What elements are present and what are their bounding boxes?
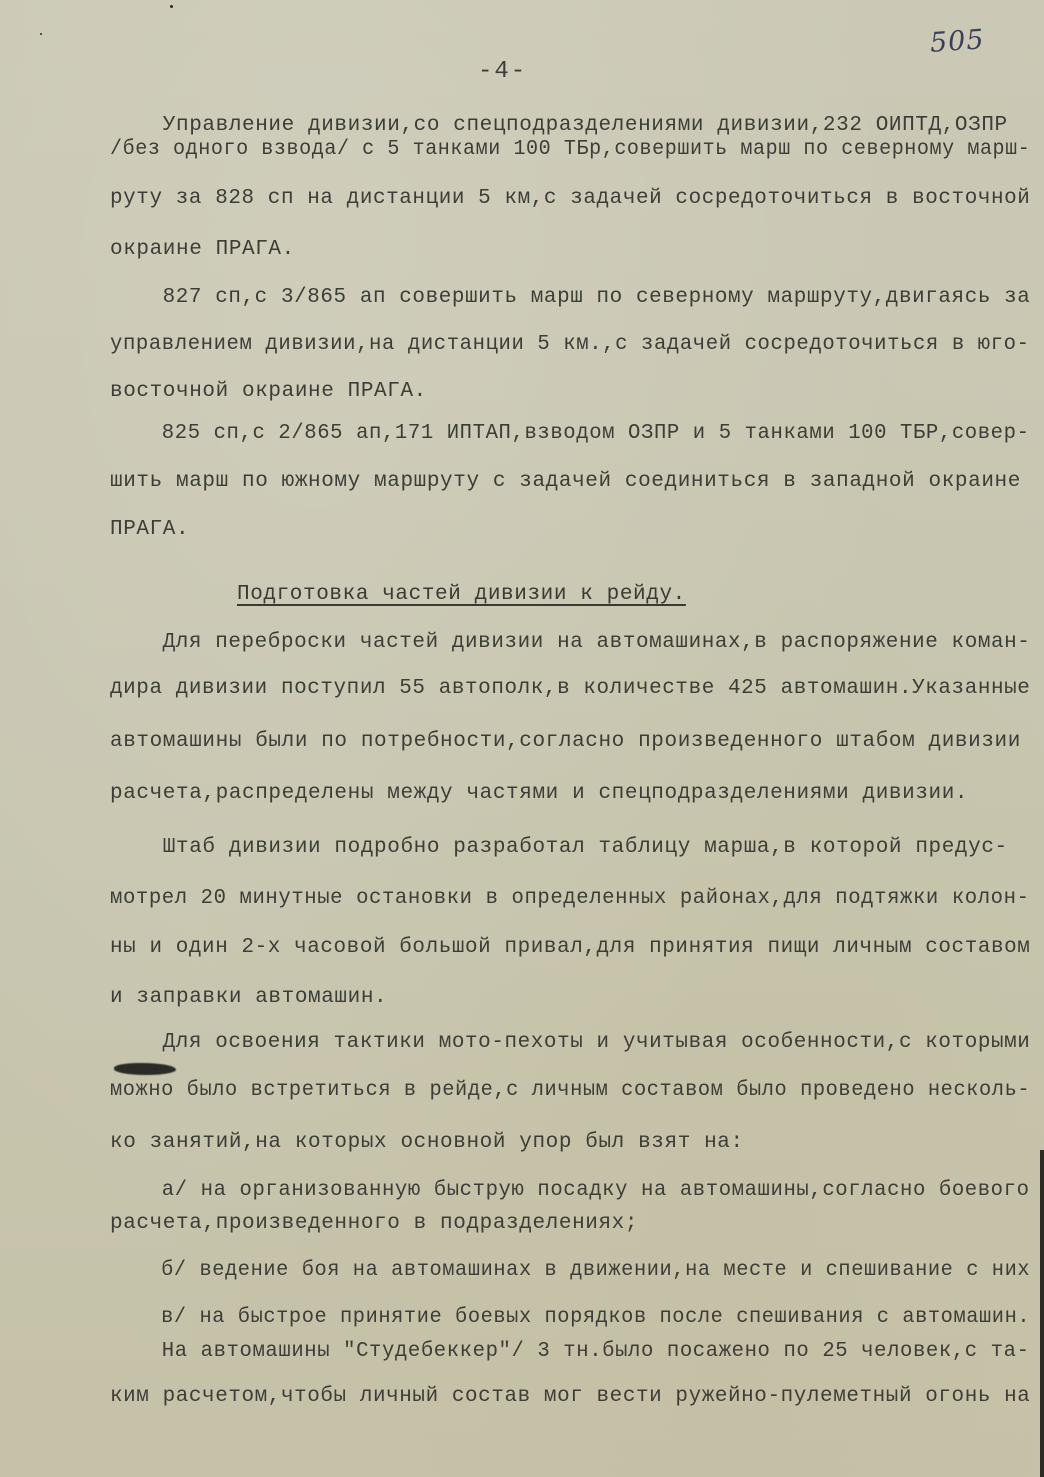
text-line: ны и один 2-х часовой большой привал,для… [110, 936, 1030, 959]
page-edge-shadow [1040, 1150, 1044, 1477]
ink-smudge [114, 1063, 176, 1075]
section-heading: Подготовка частей дивизии к рейду. [237, 583, 686, 606]
text-line: б/ ведение боя на автомашинах в движении… [110, 1259, 1030, 1282]
text-line: ПРАГА. [110, 518, 189, 541]
folio-number: 505 [929, 24, 986, 59]
text-line: восточной окраине ПРАГА. [110, 380, 427, 403]
text-line: и заправки автомашин. [110, 986, 387, 1009]
text-line: /без одного взвода/ с 5 танками 100 ТБр,… [110, 138, 1030, 161]
text-line: 825 сп,с 2/865 ап,171 ИПТАП,взводом ОЗПР… [110, 422, 1030, 445]
text-line: шить марш по южному маршруту с задачей с… [110, 470, 1021, 493]
text-line: можно было встретиться в рейде,с личным … [110, 1079, 1030, 1102]
text-line: 827 сп,с 3/865 ап совершить марш по севе… [110, 286, 1030, 309]
text-line: Для освоения тактики мото-пехоты и учиты… [110, 1031, 1030, 1054]
text-line: ко занятий,на которых основной упор был … [110, 1131, 744, 1154]
text-line: управлением дивизии,на дистанции 5 км.,с… [110, 333, 1030, 356]
text-line: мотрел 20 минутные остановки в определен… [110, 887, 1030, 910]
text-line: расчета,произведенного в подразделениях; [110, 1212, 638, 1235]
ink-speck [40, 33, 42, 35]
text-line: Для переброски частей дивизии на автомаш… [110, 631, 1030, 654]
text-line: дира дивизии поступил 55 автополк,в коли… [110, 677, 1030, 700]
text-line: расчета,распределены между частями и спе… [110, 782, 968, 805]
text-line: Управление дивизии,со спецподразделениям… [110, 114, 1008, 137]
text-line: в/ на быстрое принятие боевых порядков п… [110, 1306, 1030, 1329]
text-line: ким расчетом,чтобы личный состав мог вес… [110, 1385, 1030, 1408]
text-line: а/ на организованную быструю посадку на … [110, 1179, 1030, 1202]
page-number: -4- [478, 58, 527, 85]
text-line: На автомашины "Студебеккер"/ 3 тн.было п… [110, 1340, 1030, 1363]
text-line: автомашины были по потребности,согласно … [110, 730, 1021, 753]
text-line: руту за 828 сп на дистанции 5 км,с задач… [110, 187, 1030, 210]
document-page: 505 -4- Управление дивизии,со спецподраз… [0, 0, 1044, 1477]
text-line: окраине ПРАГА. [110, 238, 295, 261]
ink-speck [170, 5, 173, 8]
text-line: Штаб дивизии подробно разработал таблицу… [110, 836, 1008, 859]
